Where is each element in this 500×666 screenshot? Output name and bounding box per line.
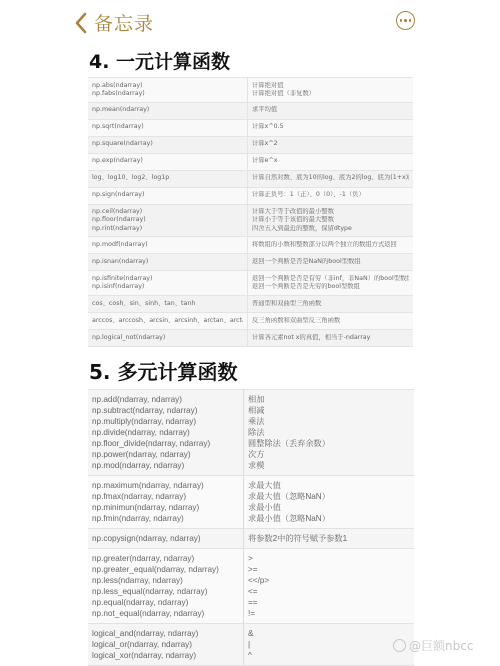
function-cell: np.sqrt(ndarray) bbox=[88, 119, 248, 136]
function-name: np.mean(ndarray) bbox=[92, 106, 243, 114]
function-name: np.equal(ndarray, ndarray) bbox=[92, 597, 239, 608]
table-row: np.square(ndarray)计算x^2 bbox=[88, 136, 413, 153]
function-description: 返回一个判断是否是无穷的bool型数组 bbox=[252, 283, 409, 291]
navigation-bar: 备忘录 bbox=[0, 0, 500, 42]
description-cell: 计算正负号：1（正）、0（0）、-1（负） bbox=[248, 187, 414, 204]
function-description: 四舍五入到最近的整数，保留dtype bbox=[252, 225, 409, 233]
function-cell: np.exp(ndarray) bbox=[88, 153, 248, 170]
table-row: np.sign(ndarray)计算正负号：1（正）、0（0）、-1（负） bbox=[88, 187, 413, 204]
section-4-heading: 4. 一元计算函数 bbox=[89, 47, 230, 74]
function-description: 返回一个判断是否是NaN的bool型数组 bbox=[252, 258, 409, 266]
table-row: logical_and(ndarray, ndarray)logical_or(… bbox=[88, 624, 414, 666]
function-cell: np.square(ndarray) bbox=[88, 136, 248, 153]
function-name: log、log10、log2、log1p bbox=[92, 174, 243, 182]
function-description: 将数组的小数和整数部分以两个独立的数组方式返回 bbox=[252, 241, 409, 249]
back-button[interactable]: 备忘录 bbox=[74, 9, 154, 36]
function-name: np.modf(ndarray) bbox=[92, 241, 243, 249]
description-cell: 计算大于等于改值的最小整数计算小于等于该值的最大整数四舍五入到最近的整数，保留d… bbox=[248, 204, 414, 237]
binary-functions-table: np.add(ndarray, ndarray)np.subtract(ndar… bbox=[88, 389, 414, 666]
table-row: arccos、arccosh、arcsin、arcsinh、arctan、arc… bbox=[88, 313, 413, 330]
function-name: logical_or(ndarray, ndarray) bbox=[92, 639, 239, 650]
function-name: np.floor(ndarray) bbox=[92, 216, 243, 224]
ellipsis-dot bbox=[409, 19, 412, 22]
function-description: | bbox=[248, 639, 410, 650]
function-description: >= bbox=[248, 564, 410, 575]
description-cell: 计算自然对数、底为10的log、底为2的log、底为(1+x)的log bbox=[248, 170, 414, 187]
table-row: np.sqrt(ndarray)计算x^0.5 bbox=[88, 119, 413, 136]
section-5-heading: 5. 多元计算函数 bbox=[89, 356, 237, 385]
function-description: 计算各元素not x的真值，相当于-ndarray bbox=[252, 334, 409, 342]
function-cell: np.modf(ndarray) bbox=[88, 237, 248, 254]
function-name: np.power(ndarray, ndarray) bbox=[92, 449, 239, 460]
description-cell: 计算x^0.5 bbox=[248, 119, 414, 136]
function-description: 返回一个判断是否是有穷（非inf，非NaN）的bool型数组 bbox=[252, 275, 409, 283]
function-name: np.exp(ndarray) bbox=[92, 157, 243, 165]
function-name: cos、cosh、sin、sinh、tan、tanh bbox=[92, 300, 243, 308]
function-cell: np.maximum(ndarray, ndarray)np.fmax(ndar… bbox=[88, 476, 244, 529]
table-row: np.mean(ndarray)求平均值 bbox=[88, 102, 413, 119]
function-name: logical_xor(ndarray, ndarray) bbox=[92, 650, 239, 661]
function-name: np.not_equal(ndarray, ndarray) bbox=[92, 608, 239, 619]
function-description: 求模 bbox=[248, 460, 410, 471]
function-name: np.sign(ndarray) bbox=[92, 191, 243, 199]
function-cell: cos、cosh、sin、sinh、tan、tanh bbox=[88, 296, 248, 313]
description-cell: 相加相减乘法除法圆整除法（丢弃余数）次方求模 bbox=[244, 390, 415, 476]
function-cell: arccos、arccosh、arcsin、arcsinh、arctan、arc… bbox=[88, 313, 248, 330]
function-name: np.abs(ndarray) bbox=[92, 82, 243, 90]
function-name: np.sqrt(ndarray) bbox=[92, 123, 243, 131]
function-name: np.greater_equal(ndarray, ndarray) bbox=[92, 564, 239, 575]
function-description: 计算绝对值 bbox=[252, 82, 409, 90]
description-cell: 计算e^x bbox=[248, 153, 414, 170]
function-description: == bbox=[248, 597, 410, 608]
function-description: 计算绝对值（非复数） bbox=[252, 90, 409, 98]
function-description: <= bbox=[248, 586, 410, 597]
description-cell: 求平均值 bbox=[248, 102, 414, 119]
function-name: np.isfinite(ndarray) bbox=[92, 275, 243, 283]
function-name: np.less(ndarray, ndarray) bbox=[92, 575, 239, 586]
function-name: np.isinf(ndarray) bbox=[92, 283, 243, 291]
function-cell: np.logical_not(ndarray) bbox=[88, 330, 248, 347]
table-row: np.logical_not(ndarray)计算各元素not x的真值，相当于… bbox=[88, 330, 413, 347]
function-name: np.minimun(ndarray, ndarray) bbox=[92, 502, 239, 513]
function-description: 计算正负号：1（正）、0（0）、-1（负） bbox=[252, 191, 409, 199]
function-description: 乘法 bbox=[248, 416, 410, 427]
function-description: 计算x^0.5 bbox=[252, 123, 409, 131]
function-description: 反三角函数和双曲型反三角函数 bbox=[252, 317, 409, 325]
function-cell: np.mean(ndarray) bbox=[88, 102, 248, 119]
unary-functions-table: np.abs(ndarray)np.fabs(ndarray)计算绝对值计算绝对… bbox=[88, 77, 413, 347]
function-description: 除法 bbox=[248, 427, 410, 438]
table-row: np.add(ndarray, ndarray)np.subtract(ndar… bbox=[88, 390, 414, 476]
description-cell: 普通型和双曲型三角函数 bbox=[248, 296, 414, 313]
function-description: & bbox=[248, 628, 410, 639]
description-cell: 计算各元素not x的真值，相当于-ndarray bbox=[248, 330, 414, 347]
function-name: np.fmax(ndarray, ndarray) bbox=[92, 491, 239, 502]
description-cell: &|^ bbox=[244, 624, 415, 666]
function-name: np.copysign(ndarray, ndarray) bbox=[92, 533, 239, 544]
function-description: 将参数2中的符号赋予参数1 bbox=[248, 533, 410, 544]
watermark: @巨额nbcc bbox=[393, 637, 473, 654]
function-name: np.square(ndarray) bbox=[92, 140, 243, 148]
function-cell: np.add(ndarray, ndarray)np.subtract(ndar… bbox=[88, 390, 244, 476]
function-description: <</p> bbox=[248, 575, 410, 586]
function-cell: np.copysign(ndarray, ndarray) bbox=[88, 529, 244, 549]
function-description: 求最小值（忽略NaN） bbox=[248, 513, 410, 524]
description-cell: 将参数2中的符号赋予参数1 bbox=[244, 529, 415, 549]
description-cell: 返回一个判断是否是NaN的bool型数组 bbox=[248, 254, 414, 271]
description-cell: 返回一个判断是否是有穷（非inf，非NaN）的bool型数组返回一个判断是否是无… bbox=[248, 271, 414, 296]
description-cell: >>=<</p><===!= bbox=[244, 549, 415, 624]
function-name: np.divide(ndarray, ndarray) bbox=[92, 427, 239, 438]
function-cell: logical_and(ndarray, ndarray)logical_or(… bbox=[88, 624, 244, 666]
function-description: ^ bbox=[248, 650, 410, 661]
table-row: np.isnan(ndarray)返回一个判断是否是NaN的bool型数组 bbox=[88, 254, 413, 271]
function-name: np.multiply(ndarray, ndarray) bbox=[92, 416, 239, 427]
description-cell: 反三角函数和双曲型反三角函数 bbox=[248, 313, 414, 330]
table-row: np.copysign(ndarray, ndarray)将参数2中的符号赋予参… bbox=[88, 529, 414, 549]
function-cell: np.greater(ndarray, ndarray)np.greater_e… bbox=[88, 549, 244, 624]
function-cell: np.isfinite(ndarray)np.isinf(ndarray) bbox=[88, 271, 248, 296]
function-cell: np.abs(ndarray)np.fabs(ndarray) bbox=[88, 78, 248, 103]
function-description: 次方 bbox=[248, 449, 410, 460]
watermark-text: @巨额nbcc bbox=[409, 637, 473, 654]
table-row: np.modf(ndarray)将数组的小数和整数部分以两个独立的数组方式返回 bbox=[88, 237, 413, 254]
table-row: np.greater(ndarray, ndarray)np.greater_e… bbox=[88, 549, 414, 624]
function-name: np.add(ndarray, ndarray) bbox=[92, 394, 239, 405]
function-cell: np.sign(ndarray) bbox=[88, 187, 248, 204]
function-description: 相减 bbox=[248, 405, 410, 416]
function-description: 计算大于等于改值的最小整数 bbox=[252, 208, 409, 216]
description-cell: 求最大值求最大值（忽略NaN）求最小值求最小值（忽略NaN） bbox=[244, 476, 415, 529]
function-name: np.subtract(ndarray, ndarray) bbox=[92, 405, 239, 416]
description-cell: 将数组的小数和整数部分以两个独立的数组方式返回 bbox=[248, 237, 414, 254]
function-cell: np.isnan(ndarray) bbox=[88, 254, 248, 271]
function-name: np.ceil(ndarray) bbox=[92, 208, 243, 216]
function-name: np.logical_not(ndarray) bbox=[92, 334, 243, 342]
table-row: np.abs(ndarray)np.fabs(ndarray)计算绝对值计算绝对… bbox=[88, 78, 413, 103]
ellipsis-dot bbox=[404, 19, 407, 22]
function-description: 计算自然对数、底为10的log、底为2的log、底为(1+x)的log bbox=[252, 174, 409, 182]
table-row: np.exp(ndarray)计算e^x bbox=[88, 153, 413, 170]
function-description: 求最大值 bbox=[248, 480, 410, 491]
table-row: log、log10、log2、log1p计算自然对数、底为10的log、底为2的… bbox=[88, 170, 413, 187]
function-description: 求平均值 bbox=[252, 106, 409, 114]
function-cell: log、log10、log2、log1p bbox=[88, 170, 248, 187]
function-description: 计算小于等于该值的最大整数 bbox=[252, 216, 409, 224]
more-options-button[interactable] bbox=[396, 11, 415, 30]
function-description: 计算e^x bbox=[252, 157, 409, 165]
function-name: np.greater(ndarray, ndarray) bbox=[92, 553, 239, 564]
function-name: np.fmin(ndarray, ndarray) bbox=[92, 513, 239, 524]
function-name: np.mod(ndarray, ndarray) bbox=[92, 460, 239, 471]
function-description: > bbox=[248, 553, 410, 564]
function-description: != bbox=[248, 608, 410, 619]
table-row: np.maximum(ndarray, ndarray)np.fmax(ndar… bbox=[88, 476, 414, 529]
function-name: np.rint(ndarray) bbox=[92, 225, 243, 233]
function-name: np.floor_divide(ndarray, ndarray) bbox=[92, 438, 239, 449]
function-description: 圆整除法（丢弃余数） bbox=[248, 438, 410, 449]
table-row: np.isfinite(ndarray)np.isinf(ndarray)返回一… bbox=[88, 271, 413, 296]
function-description: 普通型和双曲型三角函数 bbox=[252, 300, 409, 308]
back-label: 备忘录 bbox=[94, 9, 154, 36]
table-row: np.ceil(ndarray)np.floor(ndarray)np.rint… bbox=[88, 204, 413, 237]
ellipsis-icon bbox=[400, 19, 403, 22]
function-description: 求最大值（忽略NaN） bbox=[248, 491, 410, 502]
function-description: 相加 bbox=[248, 394, 410, 405]
description-cell: 计算x^2 bbox=[248, 136, 414, 153]
function-cell: np.ceil(ndarray)np.floor(ndarray)np.rint… bbox=[88, 204, 248, 237]
chevron-left-icon bbox=[74, 12, 88, 34]
table-row: cos、cosh、sin、sinh、tan、tanh普通型和双曲型三角函数 bbox=[88, 296, 413, 313]
function-name: np.maximum(ndarray, ndarray) bbox=[92, 480, 239, 491]
function-description: 计算x^2 bbox=[252, 140, 409, 148]
function-description: 求最小值 bbox=[248, 502, 410, 513]
function-name: arccos、arccosh、arcsin、arcsinh、arctan、arc… bbox=[92, 317, 243, 325]
paw-logo-icon bbox=[393, 639, 406, 652]
description-cell: 计算绝对值计算绝对值（非复数） bbox=[248, 78, 414, 103]
function-name: np.fabs(ndarray) bbox=[92, 90, 243, 98]
function-name: np.less_equal(ndarray, ndarray) bbox=[92, 586, 239, 597]
function-name: logical_and(ndarray, ndarray) bbox=[92, 628, 239, 639]
function-name: np.isnan(ndarray) bbox=[92, 258, 243, 266]
